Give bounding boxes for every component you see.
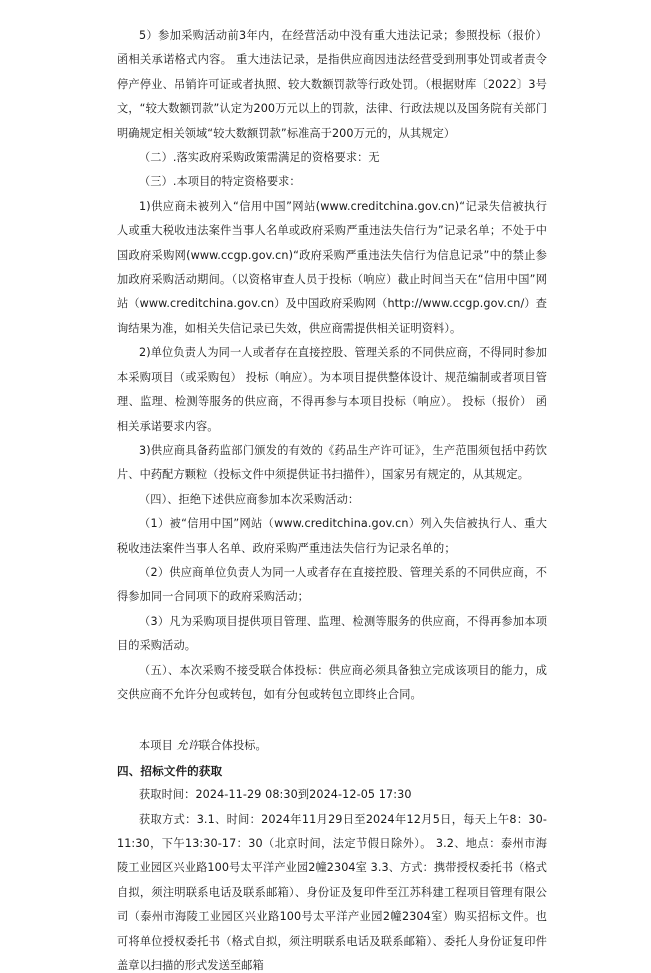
paragraph-specific-requirements-title: （三）.本项目的特定资格要求： <box>117 170 547 194</box>
consortium-statement: 本项目 允许联合体投标。 <box>117 734 547 758</box>
consortium-prefix: 本项目 <box>139 739 177 752</box>
paragraph-rejection-1: （1）被“信用中国”网站（www.creditchina.gov.cn）列入失信… <box>117 512 547 561</box>
paragraph-rejection-2: （2）供应商单位负责人为同一人或者存在直接控股、管理关系的不同供应商，不得参加同… <box>117 561 547 610</box>
document-page: 5）参加采购活动前3年内，在经营活动中没有重大违法记录；参照投标（报价）函相关承… <box>117 24 547 973</box>
spacer <box>117 707 547 734</box>
paragraph-rejection-title: （四）、拒绝下述供应商参加本次采购活动： <box>117 488 547 512</box>
obtain-method: 获取方式：3.1、时间：2024年11月29日至2024年12月5日，每天上午8… <box>117 808 547 973</box>
section-heading-obtain-documents: 四、招标文件的获取 <box>117 759 547 783</box>
paragraph-related-suppliers: 2)单位负责人为同一人或者存在直接控股、管理关系的不同供应商，不得同时参加本采购… <box>117 341 547 439</box>
paragraph-credit-check: 1)供应商未被列入“信用中国”网站(www.creditchina.gov.cn… <box>117 195 547 341</box>
paragraph-policy-requirements: （二）.落实政府采购政策需满足的资格要求：无 <box>117 146 547 170</box>
paragraph-drug-license: 3)供应商具备药监部门颁发的有效的《药品生产许可证》，生产范围须包括中药饮片、中… <box>117 439 547 488</box>
obtain-time: 获取时间：2024-11-29 08:30到2024-12-05 17:30 <box>117 783 547 807</box>
paragraph-rejection-3: （3）凡为采购项目提供项目管理、监理、检测等服务的供应商，不得再参加本项目的采购… <box>117 610 547 659</box>
consortium-emphasis: 允许 <box>177 739 200 752</box>
consortium-suffix: 联合体投标。 <box>199 739 267 752</box>
paragraph-no-major-violation: 5）参加采购活动前3年内，在经营活动中没有重大违法记录；参照投标（报价）函相关承… <box>117 24 547 146</box>
paragraph-no-consortium: （五）、本次采购不接受联合体投标：供应商必须具备独立完成该项目的能力，成交供应商… <box>117 659 547 708</box>
